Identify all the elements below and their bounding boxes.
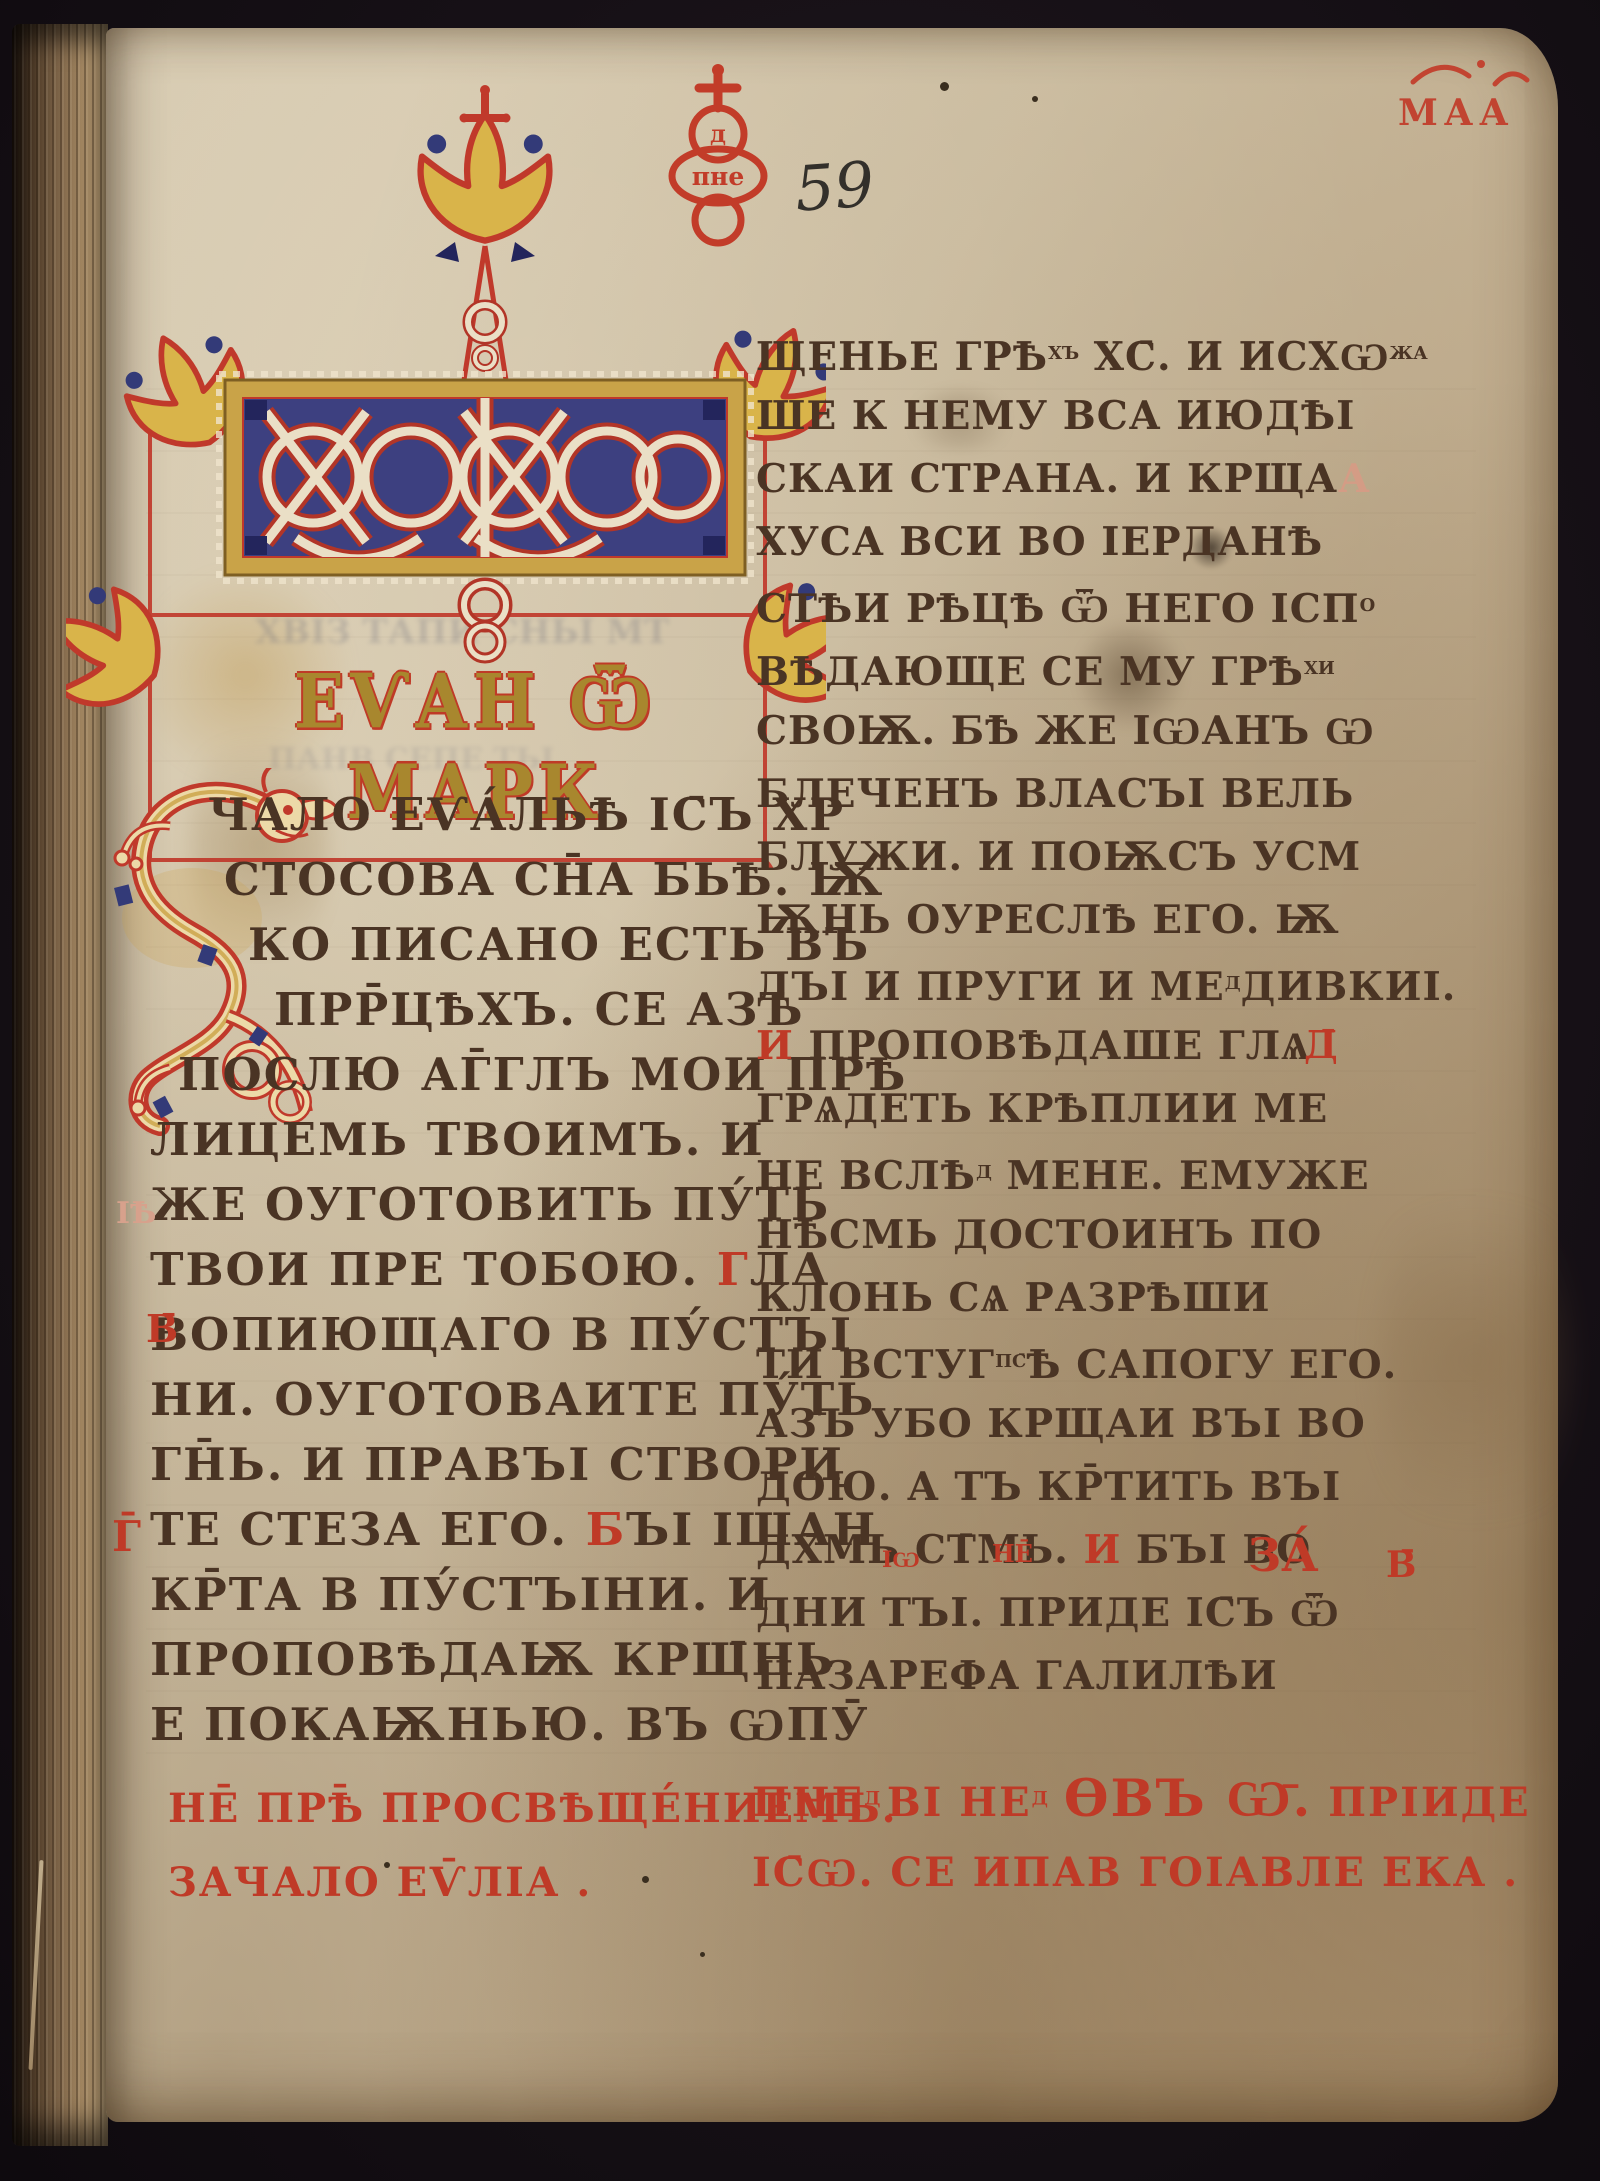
text-segment: ПНЕ [752,1779,864,1826]
text-segment: ПРІИДЕ [1312,1779,1530,1826]
text-line: ПРОПОВѢДАѬ КРЩ̄НЬ [150,1627,730,1692]
text-line: СКАИ СТРАНА. И КРЩАА [756,448,1366,511]
ink-speck [1032,96,1038,102]
text-segment: ЧАЛО ЕѴА́ЛЬѢ ІС̄Ъ ХР [208,788,845,841]
text-segment: ХС̄. И ИСХѠ [1079,334,1389,380]
text-line: ПРР̄ЦѢХЪ. СЕ АЗЪ [274,977,730,1042]
text-segment: ПРОПОВѢДАѬ КРЩ̄НЬ [150,1633,835,1686]
text-segment: ПРОПОВѢДАШЕ ГЛѦ [794,1023,1311,1069]
text-line: ШЕ К НЕМУ ВСА ИЮДѢІ [756,385,1366,448]
text-column-right: ЩЕНЬЕ ГРѢХЪ ХС̄. И ИСХѠЖАШЕ К НЕМУ ВСА И… [756,322,1366,1708]
text-line: ГН̄Ь. И ПРАВЪІ СТВОРИ [150,1432,730,1497]
margin-mark: ІѠ [882,1547,920,1573]
margin-mark: Г̄ [112,1512,141,1561]
text-line: КР̄ТА В ПУ́СТЪІНИ. И [150,1562,730,1627]
text-line: НѢСМЬ ДОСТОИНЪ ПО [756,1204,1366,1267]
text-segment: БЛУЖИ. И ПОѬСЪ УСМ [756,834,1361,880]
text-segment: ХЪ [1048,343,1079,364]
text-segment: ТИ ВСТУГ [756,1342,995,1388]
text-segment: ІС̄Ѡ. СЕ ИПАВ ГОІАВЛЕ ЕКА . [752,1849,1519,1896]
rubric-left: НЕ̄ ПРѢ̄ ПРОСВѢЩЕ́НИЕМЪ.ЗАЧАЛО ЕѴ̄ЛІА . [168,1772,748,1920]
text-segment: БЛЕЧЕНЪ ВЛАСЪІ ВЕЛЬ [756,771,1354,817]
text-segment: ГН̄Ь. И ПРАВЪІ СТВОРИ [150,1438,844,1491]
text-segment: ВІ НЕ [887,1779,1032,1826]
text-segment: СТѢИ РѢЦѢ Ѿ НЕГО ІСП [756,586,1360,632]
text-line: ѬНЬ ОУРЕСЛѢ ЕГО. Ѭ [756,889,1366,952]
text-segment: Ѣ САПОГУ ЕГО. [1026,1342,1397,1388]
text-segment: НАЗАРЕФА ГАЛИЛѢИ [756,1653,1278,1699]
text-line: НЕ̄ ПРѢ̄ ПРОСВѢЩЕ́НИЕМЪ. [168,1772,748,1846]
text-segment: ДИВКИІ. [1241,964,1457,1010]
text-segment: АЗЪ УБО КРЩАИ ВЪІ ВО [756,1401,1366,1447]
text-line: ГРѦДЕТЬ КРѢПЛИИ МЕ [756,1078,1366,1141]
text-segment: ПРР̄ЦѢХЪ. СЕ АЗЪ [274,983,805,1036]
text-line: ЗАЧАЛО ЕѴ̄ЛІА . [168,1846,748,1920]
text-segment: ТВОИ ПРЕ ТОБОЮ. [150,1243,717,1296]
text-segment: ГРѦДЕТЬ КРѢПЛИИ МЕ [756,1086,1328,1132]
text-line: ДНИ ТЪІ. ПРИДЕ ІС̄Ъ Ѿ [756,1582,1366,1645]
text-segment: ХУСА ВСИ ВО ІЕРДАНѢ [756,519,1323,565]
text-line: ДОЮ. А ТЪ КР̄ТИТЬ ВЪІ [756,1456,1366,1519]
text-line: Е ПОКАѬНЬЮ. ВЪ ѠПӮ [150,1692,730,1757]
text-line: ТЕ СТЕЗА ЕГО. БЪІ ІШАН [150,1497,730,1562]
text-segment: НЕ ВСЛѢ [756,1153,976,1199]
text-line: ПНЕД ВІ НЕД ѲВЪ Ѡ̄. ПРІИДЕ [752,1762,1372,1836]
text-line: СТѢИ РѢЦѢ Ѿ НЕГО ІСПО [756,574,1366,637]
text-line: БЛЕЧЕНЪ ВЛАСЪІ ВЕЛЬ [756,763,1366,826]
text-segment: ѲВЪ Ѡ̄. [1064,1769,1312,1829]
text-line: БЛУЖИ. И ПОѬСЪ УСМ [756,826,1366,889]
text-line: ДЪІ И ПРУГИ И МЕДДИВКИІ. [756,952,1366,1015]
text-line: СТОСОВА СН̄А БЬѢ. Ѭ [224,847,730,912]
text-segment: ДЪІ И ПРУГИ И МЕ [756,964,1225,1010]
text-segment: ѬНЬ ОУРЕСЛѢ ЕГО. Ѭ [756,897,1340,943]
text-line: И ПРОПОВѢДАШЕ ГЛѦ [756,1015,1366,1078]
text-segment: ВОПИЮЩАГО В ПУ́СТЪІ [150,1308,853,1361]
text-line: ІС̄Ѡ. СЕ ИПАВ ГОІАВЛЕ ЕКА . [752,1836,1372,1910]
margin-mark: ІѢ [116,1196,156,1231]
text-line: СВОѬ. БѢ ЖЕ ІѠАНЪ Ѡ [756,700,1366,763]
rubric-right: ПНЕД ВІ НЕД ѲВЪ Ѡ̄. ПРІИДЕІС̄Ѡ. СЕ ИПАВ … [752,1762,1372,1910]
text-segment: Д [976,1162,992,1183]
text-segment: ШЕ К НЕМУ ВСА ИЮДѢІ [756,393,1355,439]
text-segment: ВѢДАЮЩЕ СЕ МУ ГРѢ [756,649,1304,695]
margin-mark: В̄ [146,1306,178,1351]
text-segment: КЛОНЬ СѦ РАЗРѢШИ [756,1275,1271,1321]
text-column-left: ЧАЛО ЕѴА́ЛЬѢ ІС̄Ъ ХРСТОСОВА СН̄А БЬѢ. ѬК… [150,782,730,1757]
month-mark: МАА [1398,92,1515,134]
text-segment: СКАИ СТРАНА. И КРЩА [756,456,1338,502]
text-segment [1048,1779,1064,1826]
text-segment: ЗАЧАЛО ЕѴ̄ЛІА . [168,1859,592,1906]
text-line: НЕ ВСЛѢД МЕНЕ. ЕМУЖЕ [756,1141,1366,1204]
text-line: ПОСЛЮ АГ̄ГЛЪ МОИ ПРѢ [178,1042,730,1107]
text-line: КО ПИСАНО ЕСТЬ ВЪ [248,912,730,977]
text-segment: Д [1032,1789,1048,1810]
margin-mark: ЗА́ [1248,1528,1319,1582]
text-segment: Г [717,1243,750,1296]
text-segment: А [1338,456,1371,502]
text-segment: О [1360,595,1376,616]
text-segment: ЩЕНЬЕ ГРѢ [756,334,1048,380]
text-line: ВѢДАЮЩЕ СЕ МУ ГРѢХИ [756,637,1366,700]
text-segment: МЕНЕ. ЕМУЖЕ [992,1153,1370,1199]
text-line: ХУСА ВСИ ВО ІЕРДАНѢ [756,511,1366,574]
ink-speck [700,1952,705,1957]
text-line: ТВОИ ПРЕ ТОБОЮ. ГЛА [150,1237,730,1302]
text-segment: НѢСМЬ ДОСТОИНЪ ПО [756,1212,1322,1258]
text-line: ЖЕ ОУГОТОВИТЬ ПУ́ТЬ [150,1172,730,1237]
manuscript-photo: { "page": { "folio_number": "59", "month… [0,0,1600,2181]
text-segment: ЖА [1390,343,1428,364]
text-line: ЧАЛО ЕѴА́ЛЬѢ ІС̄Ъ ХР [208,782,730,847]
text-line: КЛОНЬ СѦ РАЗРѢШИ [756,1267,1366,1330]
ink-speck [940,82,949,91]
text-line: НИ. ОУГОТОВАИТЕ ПУ́ТЬ [150,1367,730,1432]
text-segment: ПС̄ [995,1351,1026,1372]
text-segment: ДНИ ТЪІ. ПРИДЕ ІС̄Ъ Ѿ [756,1590,1340,1636]
text-segment: КР̄ТА В ПУ́СТЪІНИ. И [150,1568,772,1621]
text-line: ВОПИЮЩАГО В ПУ́СТЪІ [150,1302,730,1367]
text-segment: СВОѬ. БѢ ЖЕ ІѠАНЪ Ѡ [756,708,1375,754]
text-segment: ДОЮ. А ТЪ КР̄ТИТЬ ВЪІ [756,1464,1341,1510]
text-segment: Д [864,1789,887,1810]
text-segment: И [756,1023,794,1069]
text-line: ЛИЦЕМЬ ТВОИМЪ. И [150,1107,730,1172]
text-line: НАЗАРЕФА ГАЛИЛѢИ [756,1645,1366,1708]
text-line: АЗЪ УБО КРЩАИ ВЪІ ВО [756,1393,1366,1456]
text-segment: И [1083,1527,1121,1573]
text-segment: ЖЕ ОУГОТОВИТЬ ПУ́ТЬ [150,1178,830,1231]
text-segment: ЛИЦЕМЬ ТВОИМЪ. И [150,1113,765,1166]
text-segment: ТЕ СТЕЗА ЕГО. [150,1503,586,1556]
margin-mark: Д̄ [1304,1022,1338,1067]
text-segment: Д [1225,973,1241,994]
margin-mark: В̄ [1386,1544,1416,1586]
text-line: ЩЕНЬЕ ГРѢХЪ ХС̄. И ИСХѠЖА [756,322,1366,385]
margin-mark: НЕ̄ [992,1539,1033,1568]
text-segment: Б [586,1503,626,1556]
text-segment: ХИ [1304,658,1335,679]
text-line: ТИ ВСТУГПС̄Ѣ САПОГУ ЕГО. [756,1330,1366,1393]
